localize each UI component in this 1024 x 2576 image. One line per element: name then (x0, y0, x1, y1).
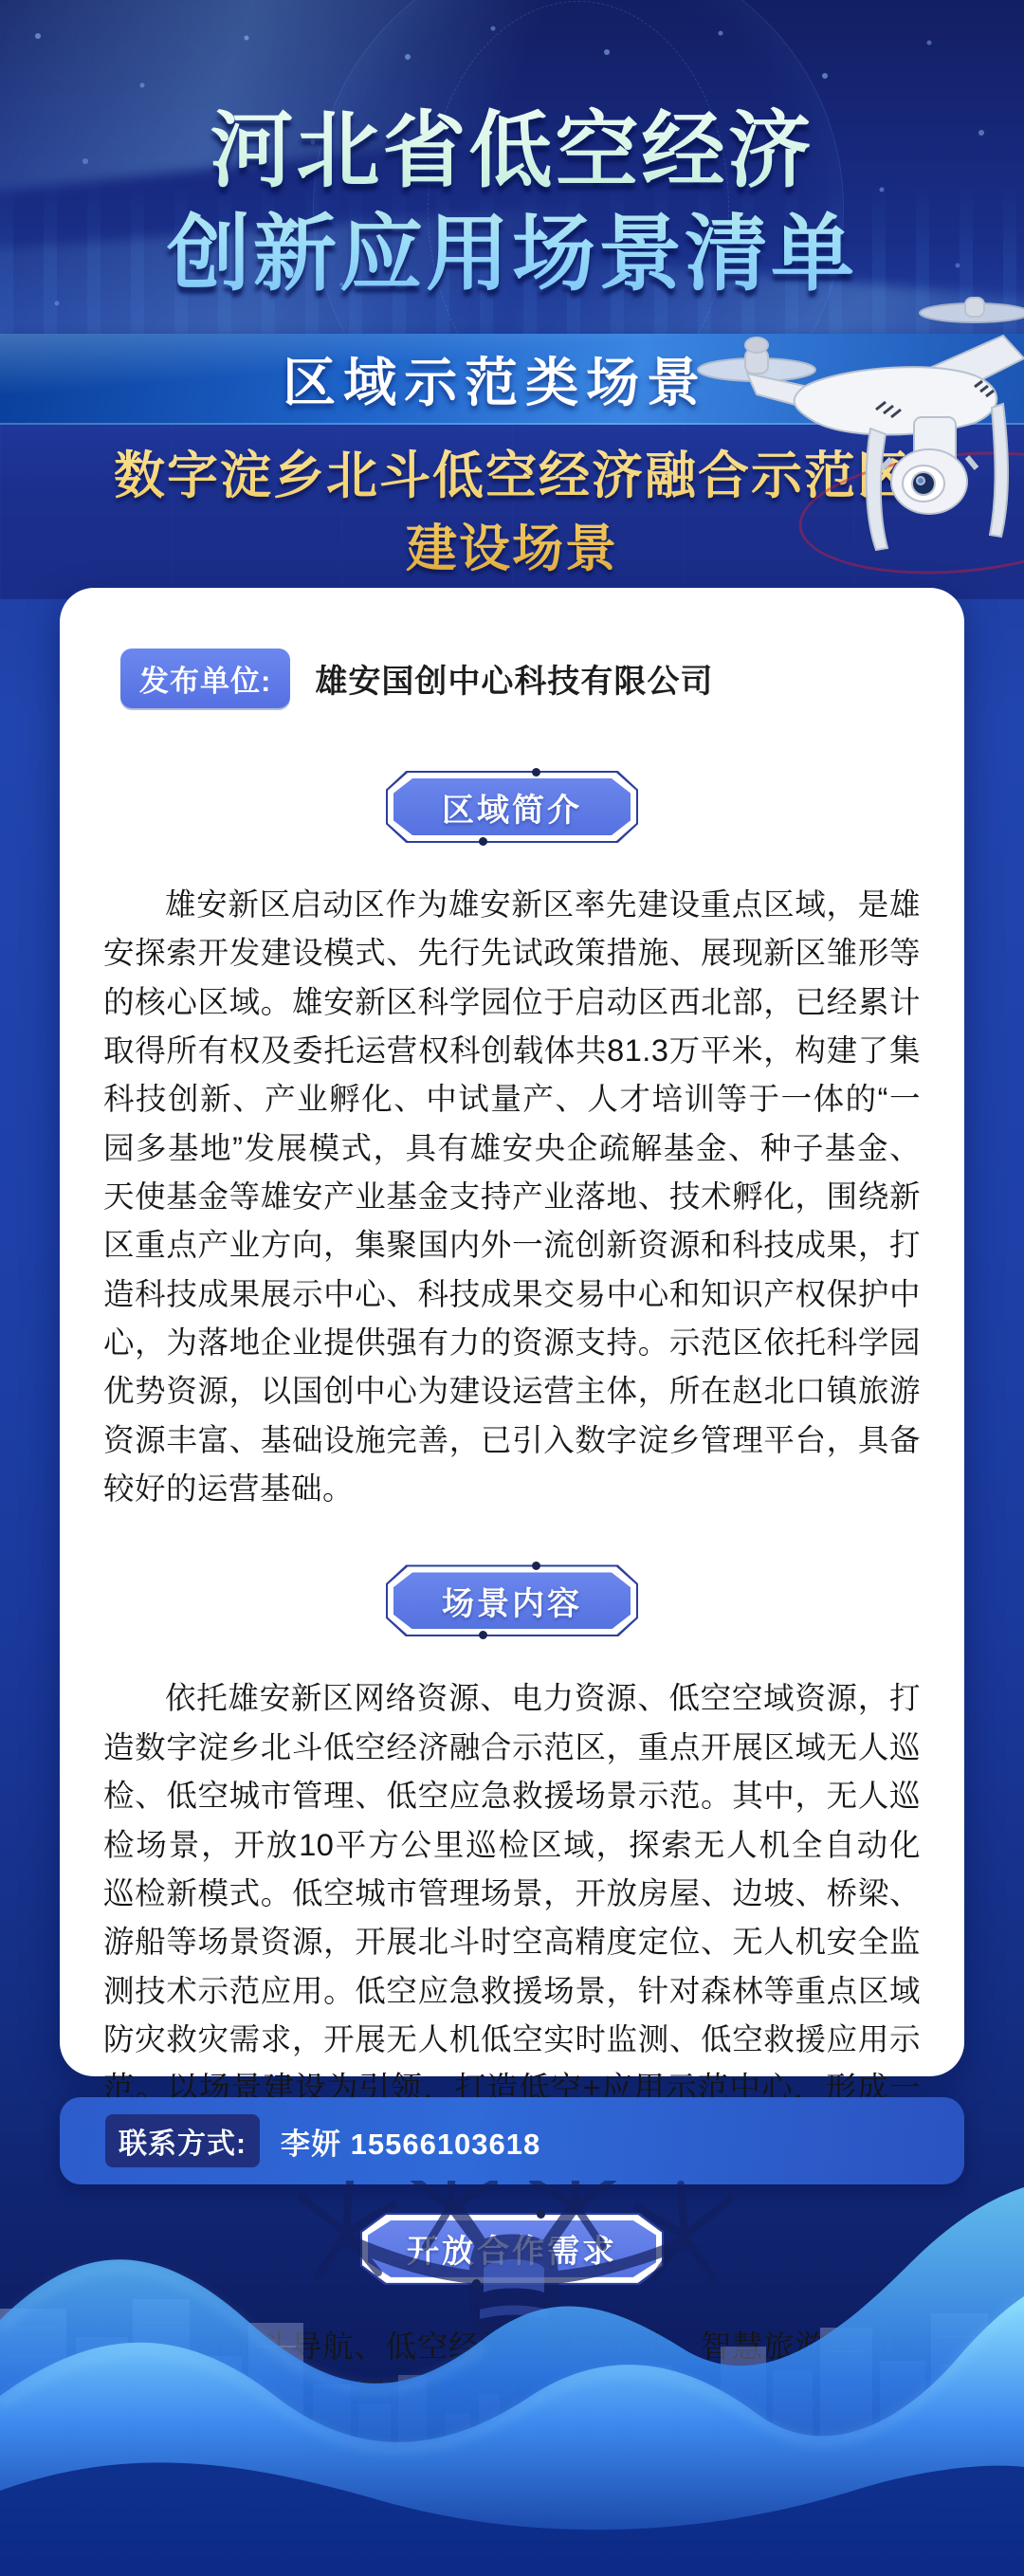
publisher-label-badge: 发布单位: (120, 649, 290, 708)
section-body: 依托雄安新区网络资源、电力资源、低空空域资源，打造数字淀乡北斗低空经济融合示范区… (103, 1674, 921, 2161)
section-heading: 场景内容 (442, 1578, 582, 1624)
poster-root: 河北省低空经济 创新应用场景清单 区域示范类场景 数字淀乡北斗低空经济融合示范区… (0, 0, 1024, 2576)
category-badge: 区域示范类场景 (283, 341, 707, 417)
badge-dot (479, 1631, 487, 1639)
contact-value: 李妍 15566103618 (281, 2120, 540, 2163)
wave-graphic (0, 2178, 1024, 2576)
badge-dot (479, 837, 487, 846)
poster-title-line2: 创新应用场景清单 (0, 202, 1024, 305)
drone-icon (690, 296, 1024, 590)
contact-label-badge: 联系方式: (105, 2114, 260, 2167)
section-heading-badge: 区域简介 (386, 771, 638, 843)
publisher-row: 发布单位: 雄安国创中心科技有限公司 (120, 649, 921, 708)
publisher-name: 雄安国创中心科技有限公司 (315, 655, 713, 702)
section-body: 雄安新区启动区作为雄安新区率先建设重点区域，是雄安探索开发建设模式、先行先试政策… (103, 881, 921, 1513)
poster-title-line1: 河北省低空经济 (0, 99, 1024, 202)
section-heading: 区域简介 (442, 784, 582, 831)
content-card: 发布单位: 雄安国创中心科技有限公司 区域简介 雄安新区启动区作为雄安新区率先建… (60, 588, 964, 2076)
contact-bar: 联系方式: 李妍 15566103618 (60, 2097, 964, 2184)
poster-title: 河北省低空经济 创新应用场景清单 (0, 99, 1024, 305)
octagon-fill: 区域简介 (393, 778, 631, 835)
octagon-fill: 场景内容 (393, 1572, 631, 1629)
section-heading-badge: 场景内容 (386, 1564, 638, 1636)
